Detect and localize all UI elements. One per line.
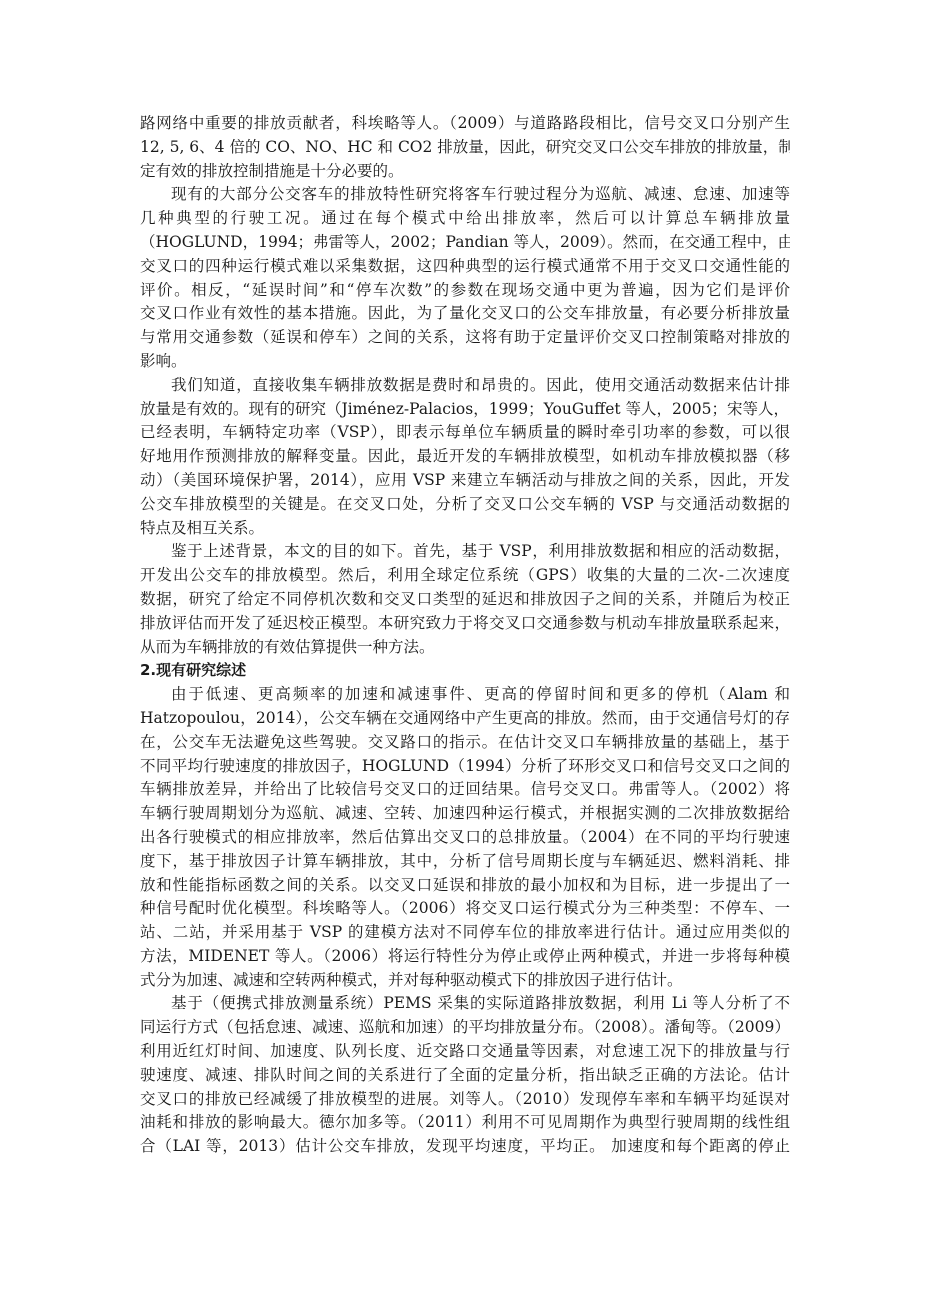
- text-line: 方法，MIDENET 等人。（2006）将运行特性分为停止或停止两种模式，并进一…: [140, 945, 790, 969]
- text-line: 动）（美国环境保护署，2014），应用 VSP 来建立车辆活动与排放之间的关系，…: [140, 469, 790, 493]
- text-line: 不同平均行驶速度的排放因子，HOGLUND（1994）分析了环形交叉口和信号交叉…: [140, 755, 790, 779]
- text-line: （HOGLUND，1994；弗雷等人，2002；Pandian 等人，2009）…: [140, 231, 790, 255]
- text-line: 由于低速、更高频率的加速和减速事件、更高的停留时间和更多的停机（Alam 和: [140, 683, 790, 707]
- paragraph-5: 由于低速、更高频率的加速和减速事件、更高的停留时间和更多的停机（Alam 和 H…: [140, 683, 790, 992]
- text-line: 式分为加速、减速和空转两种模式，并对每种驱动模式下的排放因子进行估计。: [140, 969, 790, 993]
- text-line: 交叉口作业有效性的基本措施。因此，为了量化交叉口的公交车排放量，有必要分析排放量: [140, 302, 790, 326]
- text-line: 从而为车辆排放的有效估算提供一种方法。: [140, 636, 790, 660]
- text-line: 同运行方式（包括怠速、减速、巡航和加速）的平均排放量分布。（2008）。潘甸等。…: [140, 1016, 790, 1040]
- text-line: 好地用作预测排放的解释变量。因此，最近开发的车辆排放模型，如机动车排放模拟器（移: [140, 445, 790, 469]
- text-line: 度下，基于排放因子计算车辆排放，其中，分析了信号周期长度与车辆延迟、燃料消耗、排: [140, 850, 790, 874]
- text-line: 车辆行驶周期划分为巡航、减速、空转、加速四种运行模式，并根据实测的二次排放数据给: [140, 802, 790, 826]
- text-line: 车辆排放差异，并给出了比较信号交叉口的迂回结果。信号交叉口。弗雷等人。（2002…: [140, 778, 790, 802]
- text-line: 交叉口的四种运行模式难以采集数据，这四种典型的运行模式通常不用于交叉口交通性能的: [140, 255, 790, 279]
- text-line: 评价。相反，“延误时间”和“停车次数”的参数在现场交通中更为普遍，因为它们是评价: [140, 279, 790, 303]
- text-line: 我们知道，直接收集车辆排放数据是费时和昂贵的。因此，使用交通活动数据来估计排: [140, 374, 790, 398]
- text-line: 基于（便携式排放测量系统）PEMS 采集的实际道路排放数据，利用 Li 等人分析…: [140, 992, 790, 1016]
- text-line: 影响。: [140, 350, 790, 374]
- text-line: 特点及相互关系。: [140, 517, 790, 541]
- text-line: 排放评估而开发了延迟校正模型。本研究致力于将交叉口交通参数与机动车排放量联系起来…: [140, 612, 790, 636]
- text-line: 已经表明，车辆特定功率（VSP），即表示每单位车辆质量的瞬时牵引功率的参数，可以…: [140, 421, 790, 445]
- text-line: 在，公交车无法避免这些驾驶。交叉路口的指示。在估计交叉口车辆排放量的基础上，基于: [140, 731, 790, 755]
- paper-page: 路网络中重要的排放贡献者，科埃略等人。（2009）与道路路段相比，信号交叉口分别…: [140, 112, 790, 1159]
- paragraph-1: 路网络中重要的排放贡献者，科埃略等人。（2009）与道路路段相比，信号交叉口分别…: [140, 112, 790, 183]
- text-line: 现有的大部分公交客车的排放特性研究将客车行驶过程分为巡航、减速、怠速、加速等: [140, 183, 790, 207]
- paragraph-3: 我们知道，直接收集车辆排放数据是费时和昂贵的。因此，使用交通活动数据来估计排 放…: [140, 374, 790, 541]
- section-heading: 2.现有研究综述: [140, 659, 790, 683]
- text-line: 开发出公交车的排放模型。然后，利用全球定位系统（GPS）收集的大量的二次-二次速…: [140, 564, 790, 588]
- text-line: 路网络中重要的排放贡献者，科埃略等人。（2009）与道路路段相比，信号交叉口分别…: [140, 112, 790, 136]
- text-line: 出各行驶模式的相应排放率，然后估算出交叉口的总排放量。（2004）在不同的平均行…: [140, 826, 790, 850]
- text-line: 利用近红灯时间、加速度、队列长度、近交路口交通量等因素，对怠速工况下的排放量与行: [140, 1040, 790, 1064]
- text-line: 与常用交通参数（延误和停车）之间的关系，这将有助于定量评价交叉口控制策略对排放的: [140, 326, 790, 350]
- text-line: 站、二站，并采用基于 VSP 的建模方法对不同停车位的排放率进行估计。通过应用类…: [140, 921, 790, 945]
- paragraph-6: 基于（便携式排放测量系统）PEMS 采集的实际道路排放数据，利用 Li 等人分析…: [140, 992, 790, 1159]
- text-line: 12, 5, 6、4 倍的 CO、NO、HC 和 CO2 排放量，因此，研究交叉…: [140, 136, 790, 160]
- text-line: Hatzopoulou，2014），公交车辆在交通网络中产生更高的排放。然而，由…: [140, 707, 790, 731]
- text-line: 定有效的排放控制措施是十分必要的。: [140, 160, 790, 184]
- text-line: 放和性能指标函数之间的关系。以交叉口延误和排放的最小加权和为目标，进一步提出了一: [140, 874, 790, 898]
- text-line: 种信号配时优化模型。科埃略等人。（2006）将交叉口运行模式分为三种类型：不停车…: [140, 897, 790, 921]
- text-line: 公交车排放模型的关键是。在交叉口处，分析了交叉口公交车辆的 VSP 与交通活动数…: [140, 493, 790, 517]
- paragraph-2: 现有的大部分公交客车的排放特性研究将客车行驶过程分为巡航、减速、怠速、加速等 几…: [140, 183, 790, 373]
- text-line: 合（LAI 等，2013）估计公交车排放，发现平均速度，平均正。 加速度和每个距…: [140, 1135, 790, 1159]
- text-line: 几种典型的行驶工况。通过在每个模式中给出排放率，然后可以计算总车辆排放量: [140, 207, 790, 231]
- text-line: 交叉口的排放已经减缓了排放模型的进展。刘等人。（2010）发现停车率和车辆平均延…: [140, 1088, 790, 1112]
- text-line: 鉴于上述背景，本文的目的如下。首先，基于 VSP，利用排放数据和相应的活动数据，: [140, 540, 790, 564]
- text-line: 放量是有效的。现有的研究（Jiménez-Palacios，1999；YouGu…: [140, 398, 790, 422]
- text-line: 驶速度、减速、排队时间之间的关系进行了全面的定量分析，指出缺乏正确的方法论。估计: [140, 1064, 790, 1088]
- text-line: 油耗和排放的影响最大。德尔加多等。（2011）利用不可见周期作为典型行驶周期的线…: [140, 1111, 790, 1135]
- paragraph-4: 鉴于上述背景，本文的目的如下。首先，基于 VSP，利用排放数据和相应的活动数据，…: [140, 540, 790, 659]
- text-line: 数据，研究了给定不同停机次数和交叉口类型的延迟和排放因子之间的关系，并随后为校正: [140, 588, 790, 612]
